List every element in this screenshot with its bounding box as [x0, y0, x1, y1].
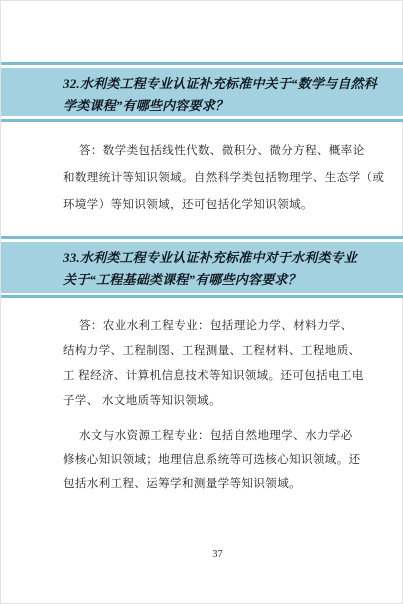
question-heading-line: 32.水利类工程专业认证补充标准中关于“数学与自然科 — [63, 73, 396, 95]
answer-line: 结构力学、工程制图、工程测量、工程材料、工程地质、 — [63, 339, 363, 364]
question-heading-line: 关于“工程基础类课程”有哪些内容要求？ — [63, 269, 396, 291]
answer-32-paragraph: 答：数学类包括线性代数、微积分、微分方程、概率论 和数理统计等知识领域。自然科学… — [63, 138, 363, 219]
banner-bottom-stripe — [1, 295, 403, 298]
answer-33-paragraph-2: 水文与水资源工程专业：包括自然地理学、水力学必 修核心知识领域；地理信息系统等可… — [63, 424, 363, 496]
question-32-banner: 32.水利类工程专业认证补充标准中关于“数学与自然科 学类课程”有哪些内容要求？ — [1, 62, 403, 122]
question-33-banner: 33.水利类工程专业认证补充标准中对于水利类专业 关于“工程基础类课程”有哪些内… — [1, 236, 403, 298]
question-heading-line: 33.水利类工程专业认证补充标准中对于水利类专业 — [63, 247, 396, 269]
answer-line: 环境学）等知识领域，还可包括化学知识领域。 — [63, 192, 363, 219]
answer-line: 修核心知识领域；地理信息系统等可选核心知识领域。还 — [63, 448, 363, 472]
question-heading-line: 学类课程”有哪些内容要求？ — [63, 95, 396, 117]
answer-line: 工 程经济、计算机信息技术等知识领域。还可包括电工电 — [63, 364, 363, 389]
banner-bottom-stripe — [1, 119, 403, 122]
question-33-heading: 33.水利类工程专业认证补充标准中对于水利类专业 关于“工程基础类课程”有哪些内… — [1, 242, 403, 293]
answer-line: 和数理统计等知识领域。自然科学类包括物理学、生态学（或 — [63, 165, 363, 192]
answer-33-paragraph-1: 答：农业水利工程专业：包括理论力学、材料力学、 结构力学、工程制图、工程测量、工… — [63, 314, 363, 414]
page-number: 37 — [1, 549, 402, 560]
answer-line: 水文与水资源工程专业：包括自然地理学、水力学必 — [63, 424, 363, 448]
document-page: 32.水利类工程专业认证补充标准中关于“数学与自然科 学类课程”有哪些内容要求？… — [0, 0, 403, 604]
answer-line: 答：农业水利工程专业：包括理论力学、材料力学、 — [63, 314, 363, 339]
question-32-heading: 32.水利类工程专业认证补充标准中关于“数学与自然科 学类课程”有哪些内容要求？ — [1, 68, 403, 116]
answer-line: 子学、 水文地质等知识领域。 — [63, 389, 363, 414]
answer-line: 包括水利工程、运筹学和测量学等知识领域。 — [63, 472, 363, 496]
answer-line: 答：数学类包括线性代数、微积分、微分方程、概率论 — [63, 138, 363, 165]
